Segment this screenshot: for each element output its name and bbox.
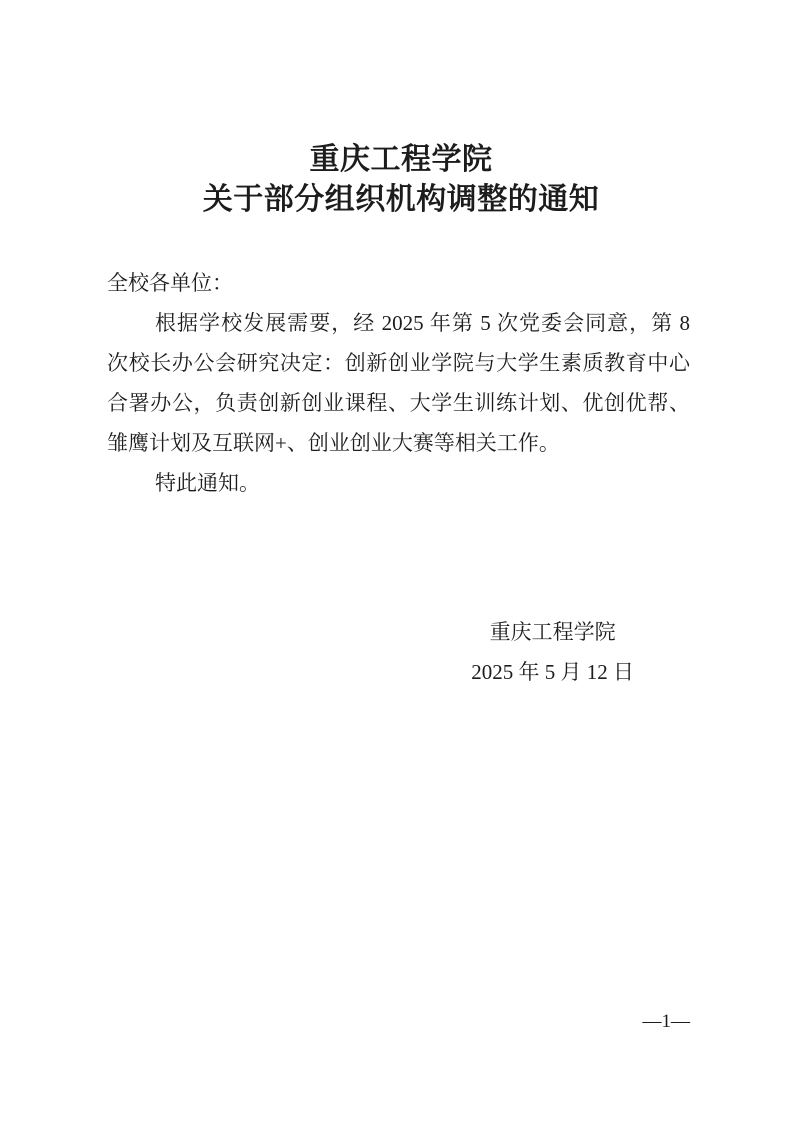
body-paragraph-closing: 特此通知。 bbox=[107, 463, 690, 503]
notice-page: 重庆工程学院 关于部分组织机构调整的通知 全校各单位： 根据学校发展需要，经 2… bbox=[0, 0, 794, 1122]
signature-date: 2025 年 5 月 12 日 bbox=[471, 652, 634, 692]
page-number: —1— bbox=[643, 1010, 691, 1034]
body-paragraph-main: 根据学校发展需要，经 2025 年第 5 次党委会同意，第 8 次校长办公会研究… bbox=[107, 303, 690, 463]
document-title: 重庆工程学院 关于部分组织机构调整的通知 bbox=[0, 0, 794, 220]
title-line-org: 重庆工程学院 bbox=[8, 140, 794, 180]
signature-org: 重庆工程学院 bbox=[471, 612, 634, 652]
salutation: 全校各单位： bbox=[107, 263, 690, 303]
signature-block: 重庆工程学院 2025 年 5 月 12 日 bbox=[471, 612, 634, 692]
title-line-subject: 关于部分组织机构调整的通知 bbox=[8, 180, 794, 220]
document-body: 全校各单位： 根据学校发展需要，经 2025 年第 5 次党委会同意，第 8 次… bbox=[107, 263, 690, 503]
